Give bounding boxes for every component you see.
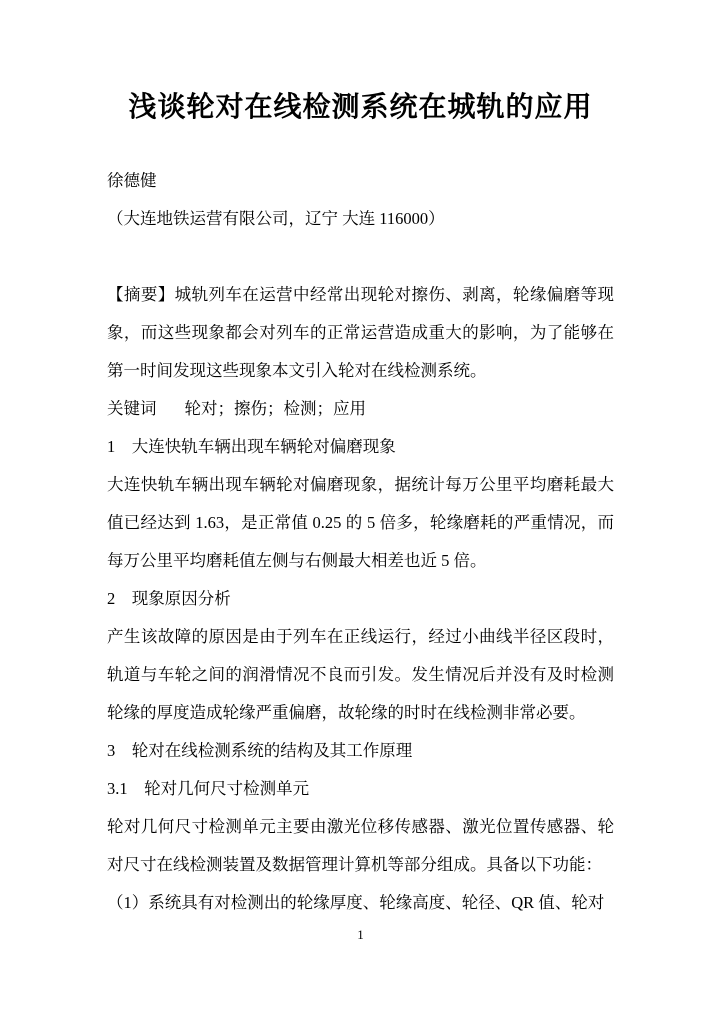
section-3-1-paragraph: 轮对几何尺寸检测单元主要由激光位移传感器、激光位置传感器、轮对尺寸在线检测装置及… [107,808,614,884]
blank-line [107,238,614,276]
section-2-paragraph: 产生该故障的原因是由于列车在正线运行，经过小曲线半径区段时，轨道与车轮之间的润滑… [107,618,614,732]
section-1-paragraph: 大连快轨车辆出现车辆轮对偏磨现象，据统计每万公里平均磨耗最大值已经达到 1.63… [107,466,614,580]
author-name: 徐德健 [107,162,614,200]
section-3-1-heading: 3.1 轮对几何尺寸检测单元 [107,770,614,808]
document-content: 浅谈轮对在线检测系统在城轨的应用 徐德健 （大连地铁运营有限公司，辽宁 大连 1… [107,0,614,922]
page-title: 浅谈轮对在线检测系统在城轨的应用 [107,88,614,128]
byline-block: 徐德健 （大连地铁运营有限公司，辽宁 大连 116000） [107,162,614,238]
keywords-line: 关键词轮对；擦伤；检测；应用 [107,390,614,428]
page-number: 1 [0,926,721,944]
abstract-paragraph: 【摘要】城轨列车在运营中经常出现轮对擦伤、剥离，轮缘偏磨等现象，而这些现象都会对… [107,276,614,390]
section-3-heading: 3 轮对在线检测系统的结构及其工作原理 [107,732,614,770]
section-2-heading: 2 现象原因分析 [107,580,614,618]
affiliation: （大连地铁运营有限公司，辽宁 大连 116000） [107,200,614,238]
section-3-1-list-item: （1）系统具有对检测出的轮缘厚度、轮缘高度、轮径、QR 值、轮对 [107,884,614,922]
section-1-heading: 1 大连快轨车辆出现车辆轮对偏磨现象 [107,428,614,466]
document-page: 浅谈轮对在线检测系统在城轨的应用 徐德健 （大连地铁运营有限公司，辽宁 大连 1… [0,0,721,1020]
keywords-label: 关键词 [107,399,157,418]
keywords-text: 轮对；擦伤；检测；应用 [185,399,367,418]
